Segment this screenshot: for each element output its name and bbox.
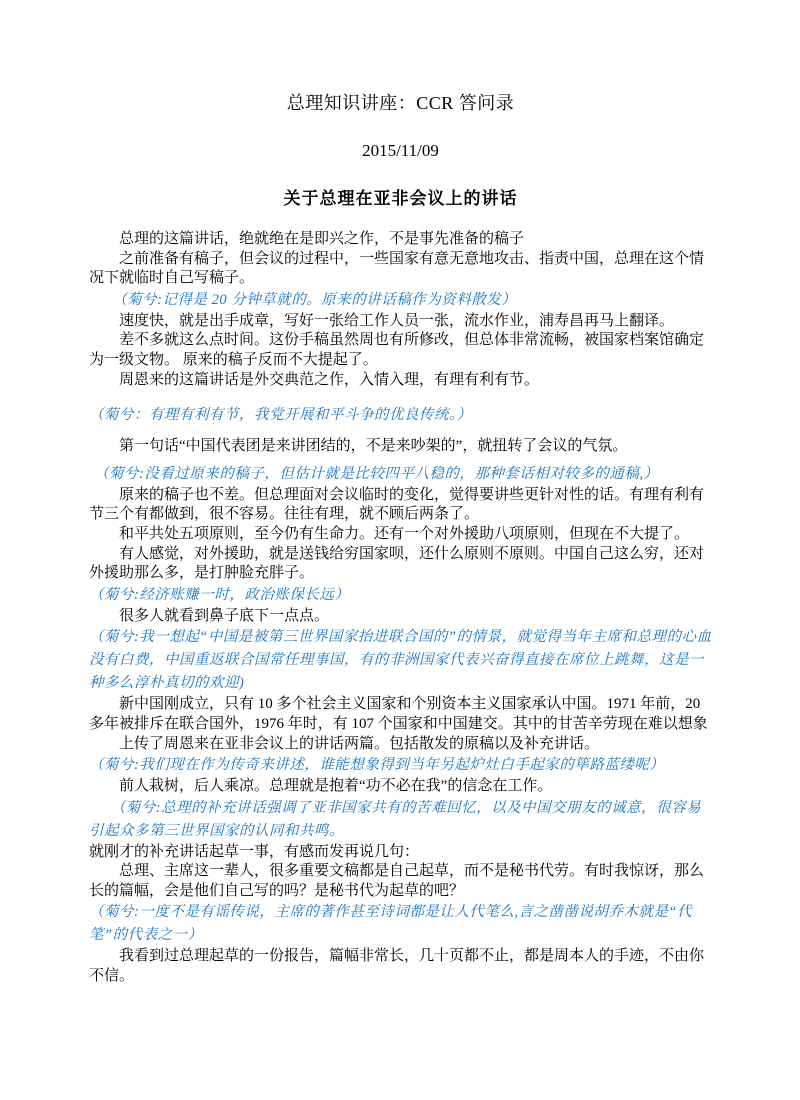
comment-paragraph: （菊兮:我一想起“中国是被第三世界国家抬进联合国的”的情景，就觉得当年主席和总理… [89,626,712,695]
document-date: 2015/11/09 [89,140,712,161]
body-paragraph: 上传了周恩来在亚非会议上的讲话两篇。包括散发的原稿以及补充讲话。 [89,735,712,755]
comment-paragraph: （菊兮:经济账赚一时，政治账保长远） [89,584,712,607]
body-paragraph: 就刚才的补充讲话起草一事，有感而发再说几句： [89,843,712,863]
body-paragraph: 和平共处五项原则，至今仍有生命力。还有一个对外援助八项原则，但现在不大提了。 [89,525,712,545]
comment-paragraph: （菊兮:没看过原来的稿子，但估计就是比较四平八稳的，那种套话相对较多的通稿,） [89,463,712,486]
body-paragraph: 前人栽树，后人乘凉。总理就是抱着“功不必在我”的信念在工作。 [89,777,712,797]
body-paragraph: 我看到过总理起草的一份报告，篇幅非常长，几十页都不止，都是周本人的手迹，不由你不… [89,947,712,986]
body-paragraph: 总理、主席这一辈人，很多重要文稿都是自己起草，而不是秘书代劳。有时我惊讶，那么长… [89,862,712,901]
section-heading: 关于总理在亚非会议上的讲话 [89,188,712,209]
body-paragraph: 很多人就看到鼻子底下一点点。 [89,607,712,627]
body-paragraph: 原来的稿子也不差。但总理面对会议临时的变化，觉得要讲些更针对性的话。有理有利有节… [89,486,712,525]
comment-paragraph: （菊兮:总理的补充讲话强调了亚非国家共有的苦难回忆，以及中国交朋友的诚意，很容易… [89,797,712,843]
body-paragraph: 有人感觉，对外援助，就是送钱给穷国家呗，还什么原则不原则。中国自己这么穷，还对外… [89,545,712,584]
body-paragraph: 第一句话“中国代表团是来讲团结的，不是来吵架的”，就扭转了会议的气氛。 [89,437,712,457]
document-body: 总理的这篇讲话，绝就绝在是即兴之作，不是事先准备的稿子之前准备有稿子，但会议的过… [89,230,712,987]
body-paragraph: 新中国刚成立，只有 10 多个社会主义国家和个别资本主义国家承认中国。1971 … [89,695,712,734]
body-paragraph: 总理的这篇讲话，绝就绝在是即兴之作，不是事先准备的稿子 [89,230,712,250]
body-paragraph: 速度快，就是出手成章，写好一张给工作人员一张，流水作业，浦寿昌再马上翻译。 [89,312,712,332]
body-paragraph: 之前准备有稿子，但会议的过程中，一些国家有意无意地攻击、指责中国，总理在这个情况… [89,250,712,289]
comment-paragraph: （菊兮:记得是 20 分钟草就的。原来的讲话稿作为资料散发） [89,289,712,312]
document-content: 总理知识讲座：CCR 答问录 2015/11/09 关于总理在亚非会议上的讲话 … [0,0,800,1027]
body-paragraph: 差不多就这么点时间。这份手稿虽然周也有所修改，但总体非常流畅，被国家档案馆确定为… [89,331,712,370]
body-paragraph: 周恩来的这篇讲话是外交典范之作，入情入理，有理有利有节。 [89,371,712,391]
document-page: 总理知识讲座：CCR 答问录 2015/11/09 关于总理在亚非会议上的讲话 … [0,0,800,1100]
comment-paragraph: （菊兮:一度不是有谣传说，主席的著作甚至诗词都是让人代笔么,言之凿凿说胡乔木就是… [89,901,712,947]
comment-paragraph: （菊兮：有理有利有节，我党开展和平斗争的优良传统。） [89,404,712,427]
comment-paragraph: （菊兮:我们现在作为传奇来讲述，谁能想象得到当年另起炉灶白手起家的筚路蓝缕呢） [89,754,712,777]
document-title: 总理知识讲座：CCR 答问录 [89,92,712,114]
